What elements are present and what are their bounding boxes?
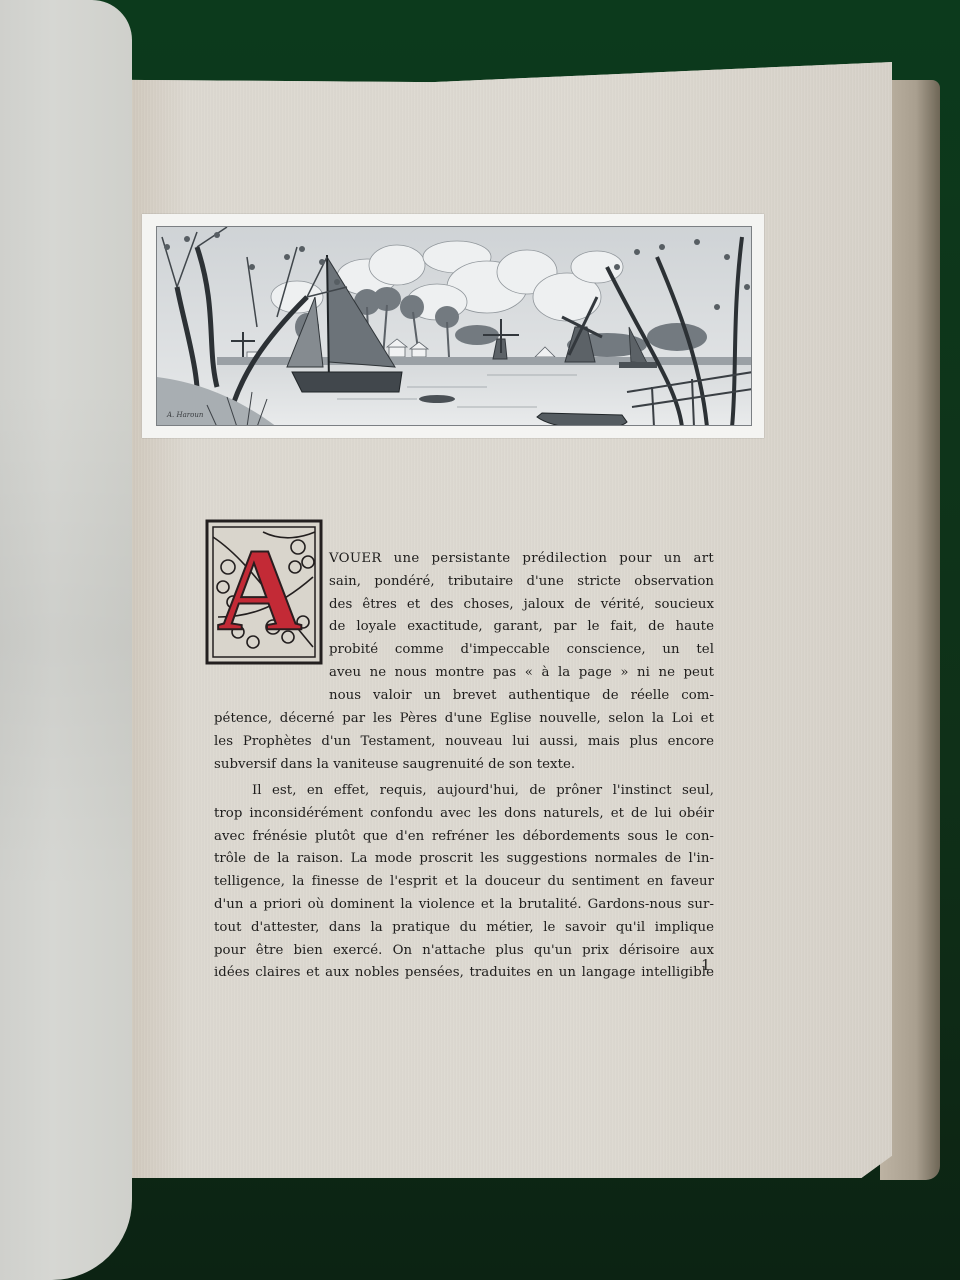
text-line: VOUER une persistante prédilection pour …: [329, 548, 714, 571]
text-line: avec frénésie plutôt que d'en refréner l…: [214, 826, 714, 849]
text-line: Il est, en effet, requis, aujourd'hui, d…: [214, 780, 714, 803]
drop-cap-letter: A: [217, 531, 302, 649]
text-line: trop inconsidérément confondu avec les d…: [214, 803, 714, 826]
text-line: les Prophètes d'un Testament, nouveau lu…: [214, 731, 714, 754]
landscape-illustration: A. Haroun: [156, 226, 752, 426]
text-line: d'un a priori où dominent la violence et…: [214, 894, 714, 917]
illustration-signature: A. Haroun: [167, 411, 203, 419]
paragraph-1-full-lines: pétence, décerné par les Pères d'une Egl…: [214, 708, 714, 776]
left-page-shading: [0, 0, 132, 1280]
text-line: pétence, décerné par les Pères d'une Egl…: [214, 708, 714, 731]
paragraph-1-wrapped-lines: VOUER une persistante prédilection pour …: [329, 548, 714, 708]
text-line: trôle de la raison. La mode proscrit les…: [214, 848, 714, 871]
decorated-drop-cap: A: [203, 517, 325, 667]
text-line: des êtres et des choses, jaloux de vérit…: [329, 594, 714, 617]
text-line: telligence, la finesse de l'esprit et la…: [214, 871, 714, 894]
text-line: sain, pondéré, tributaire d'une stricte …: [329, 571, 714, 594]
text-line: pour être bien exercé. On n'attache plus…: [214, 940, 714, 963]
page-number: 1: [701, 956, 711, 974]
text-line: aveu ne nous montre pas « à la page » ni…: [329, 662, 714, 685]
paragraph-2: Il est, en effet, requis, aujourd'hui, d…: [214, 780, 714, 985]
text-line: nous valoir un brevet authentique de rée…: [329, 685, 714, 708]
text-line: tout d'attester, dans la pratique du mét…: [214, 917, 714, 940]
text-line: probité comme d'impeccable conscience, u…: [329, 639, 714, 662]
illustration-plate: A. Haroun: [142, 214, 764, 438]
text-line: de loyale exactitude, garant, par le fai…: [329, 616, 714, 639]
river-landscape-drawing: [157, 227, 752, 426]
text-line: subversif dans la vaniteuse saugrenuité …: [214, 754, 714, 777]
text-line: idées claires et aux nobles pensées, tra…: [214, 962, 714, 985]
